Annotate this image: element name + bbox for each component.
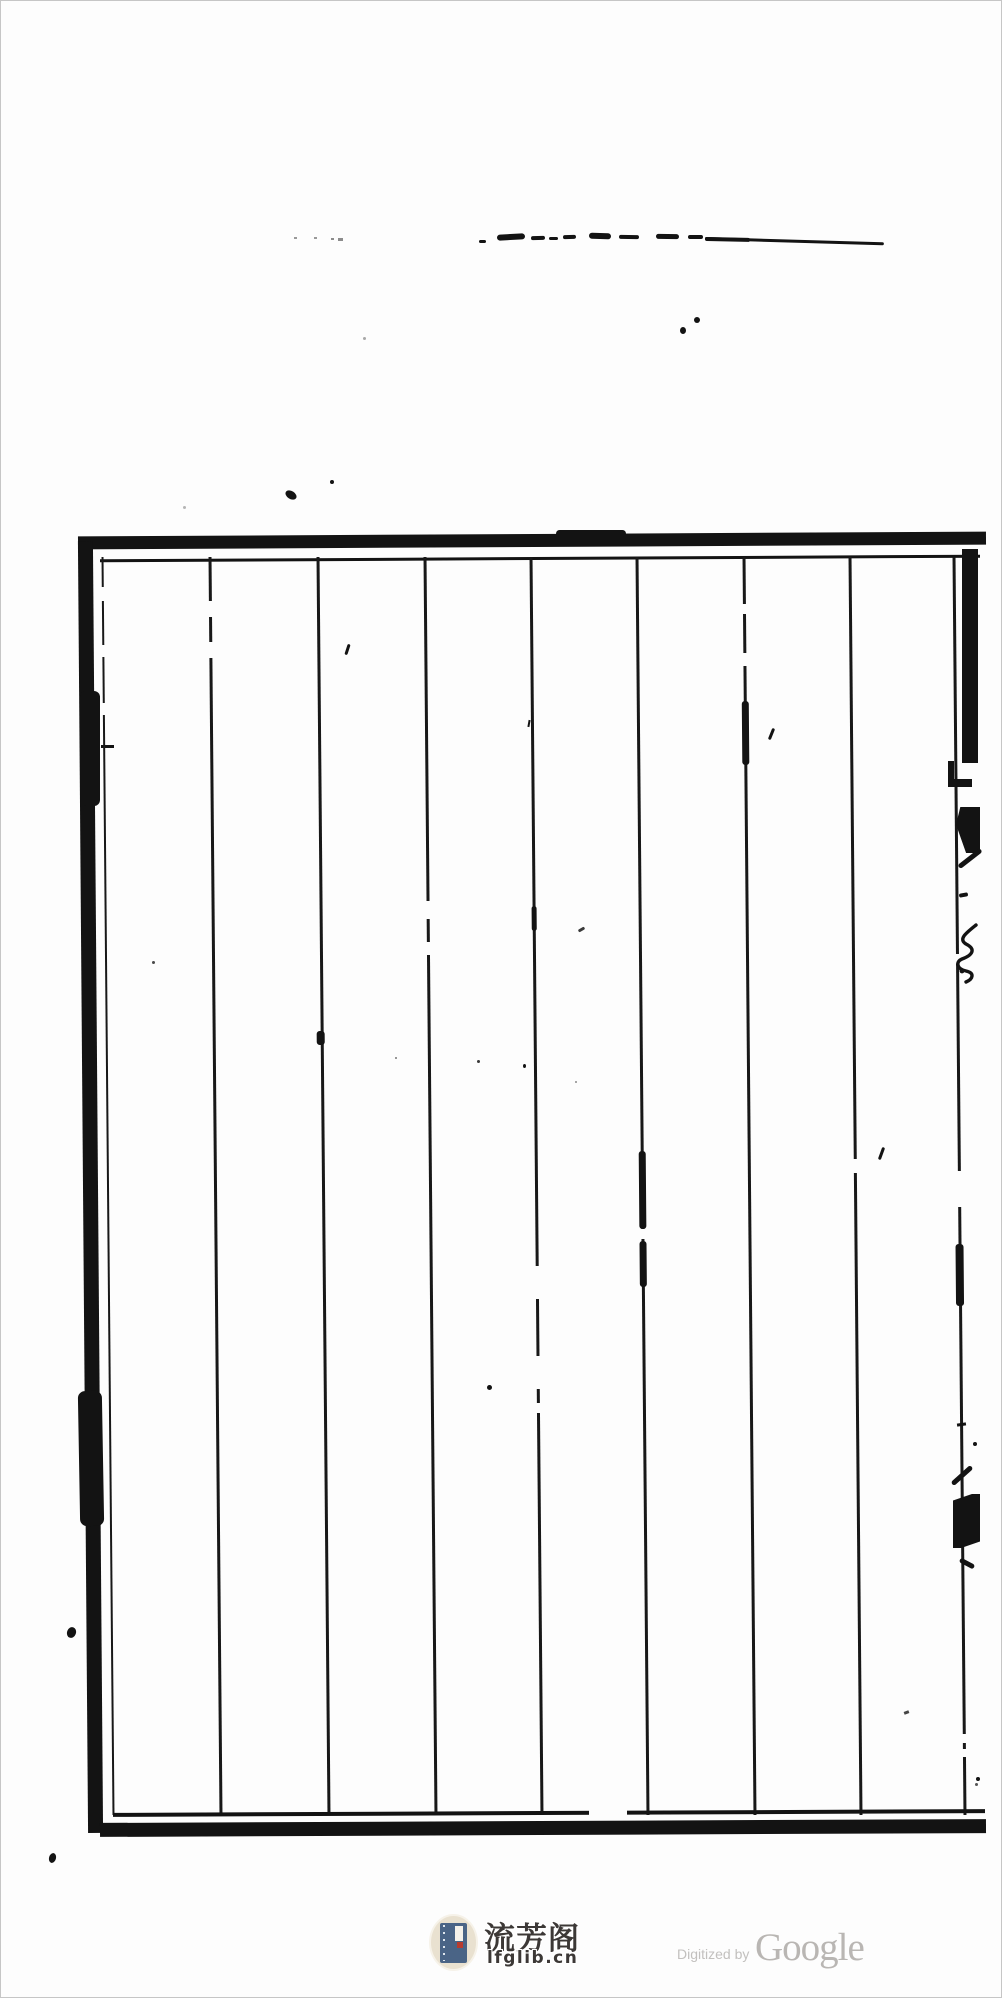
column-rule (530, 557, 544, 1815)
ink-speck (331, 238, 334, 240)
ink-speck (477, 1060, 480, 1063)
red-seal (457, 1942, 463, 1948)
ink-dash (479, 240, 486, 243)
ink-dot (694, 317, 700, 323)
ink-dash (497, 233, 525, 240)
partial-glyph (954, 923, 984, 987)
ink-dot (976, 1777, 980, 1781)
ink-speck (395, 1057, 397, 1059)
ink-dash (589, 233, 611, 240)
ink-dash (619, 235, 639, 239)
ink-line (705, 237, 750, 242)
ink-dot (487, 1385, 492, 1390)
ink-blot (48, 1852, 57, 1863)
ink-speck (294, 237, 297, 239)
ink-speck (183, 506, 186, 509)
ink-dot (330, 480, 334, 484)
ink-dot (973, 1442, 977, 1446)
ink-dash (549, 237, 558, 240)
ink-speck (338, 238, 343, 241)
ink-dash (531, 236, 545, 240)
ink-dash (563, 235, 576, 239)
frame-top-border (78, 532, 986, 550)
column-rule (317, 557, 331, 1815)
ink-blot (284, 488, 298, 501)
digitized-by-text: Digitized by (677, 1946, 749, 1962)
column-rule (424, 557, 438, 1815)
column-rule (743, 557, 757, 1815)
frame-top-border-bump (556, 530, 626, 537)
book-cover (440, 1923, 467, 1963)
scanned-page: 流芳阁 lfglib.cn Digitized by Google (0, 0, 1002, 1998)
frame-bottom-border (100, 1819, 986, 1837)
book-stitching (443, 1925, 445, 1961)
column-rule (636, 557, 650, 1815)
column-grid (0, 557, 1002, 1815)
ink-dash (656, 234, 679, 239)
watermark-site-url: lfglib.cn (487, 1948, 578, 1968)
fold-edge-hook (948, 761, 972, 787)
ink-dot (680, 327, 686, 334)
fold-edge-bar (962, 549, 978, 763)
ink-dot (975, 1783, 978, 1786)
ink-speck (314, 237, 317, 239)
google-logo-text: Google (755, 1925, 864, 1970)
fold-edge-wedge (953, 1494, 980, 1548)
ink-dash (688, 235, 703, 239)
ink-dot (523, 1064, 526, 1068)
book-title-label (455, 1926, 463, 1941)
column-rule (209, 557, 223, 1815)
column-rule (102, 557, 115, 1815)
ink-speck (575, 1081, 577, 1083)
column-rule (849, 557, 863, 1815)
ink-speck (363, 337, 366, 340)
book-icon (431, 1916, 476, 1969)
frame-bottom-rule-gap (589, 1809, 627, 1817)
ink-speck (152, 961, 155, 964)
